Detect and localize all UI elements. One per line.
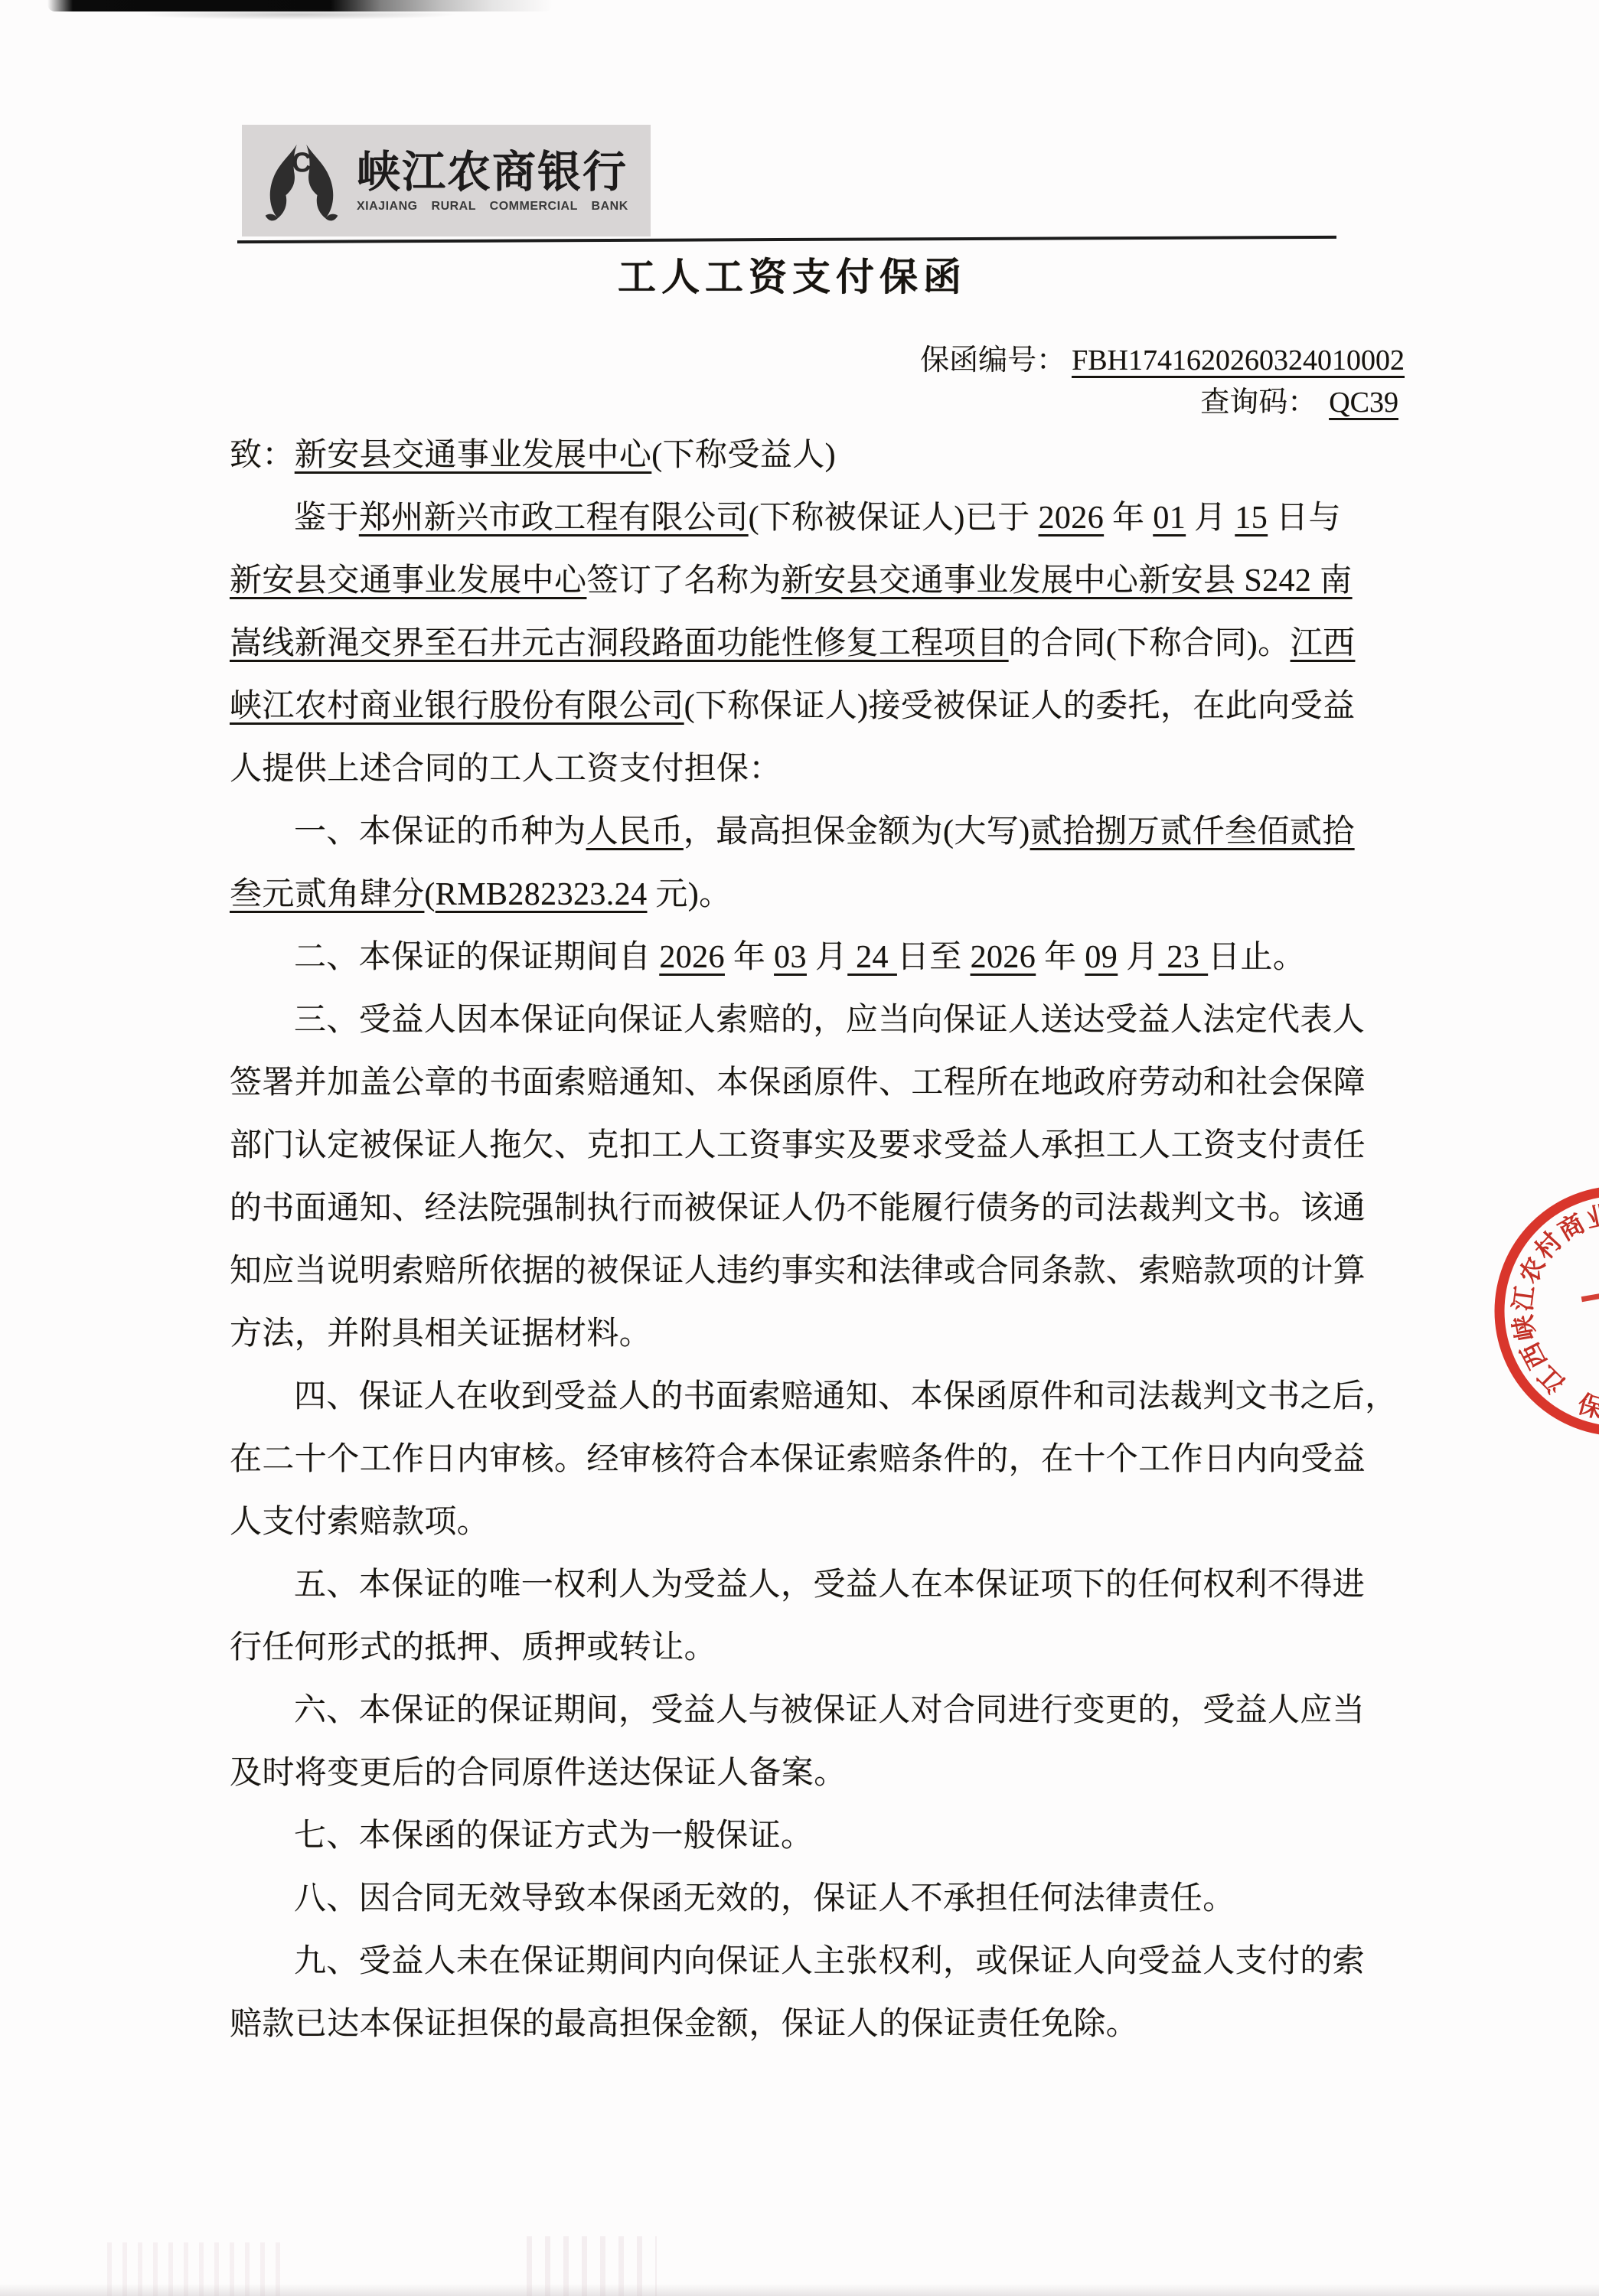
body-line: 人提供上述合同的工人工资支付担保： bbox=[230, 738, 1385, 801]
body-line: 一、本保证的币种为人民币，最高担保金额为(大写)贰拾捌万贰仟叁佰贰拾 bbox=[230, 801, 1385, 863]
body-text: 月 bbox=[1186, 501, 1235, 536]
scan-artifact-top-shadow bbox=[138, 9, 459, 20]
body-line: 鉴于郑州新兴市政工程有限公司(下称被保证人)已于 2026 年 01 月 15 … bbox=[230, 487, 1385, 550]
body-line: 在二十个工作日内审核。经审核符合本保证索赔条件的，在十个工作日内向受益 bbox=[230, 1428, 1385, 1491]
body-line: 赔款已达本保证担保的最高担保金额，保证人的保证责任免除。 bbox=[230, 1993, 1385, 2056]
body-line: 七、本保函的保证方式为一般保证。 bbox=[230, 1805, 1385, 1867]
body-line: 致：新安县交通事业发展中心(下称受益人) bbox=[230, 424, 1385, 487]
header-rule bbox=[237, 236, 1336, 243]
body-text: 知应当说明索赔所依据的被保证人违约事实和法律或合同条款、索赔款项的计算 bbox=[230, 1254, 1366, 1289]
guarantee-no-label: 保函编号： bbox=[920, 344, 1065, 377]
body-text: 八、因合同无效导致本保函无效的，保证人不承担任何法律责任。 bbox=[294, 1881, 1235, 1916]
body-text: 月 bbox=[807, 940, 847, 975]
body-text: (下称受益人) bbox=[651, 438, 836, 473]
doc-title: 工人工资支付保函 bbox=[214, 246, 1370, 302]
body: 致：新安县交通事业发展中心(下称受益人)鉴于郑州新兴市政工程有限公司(下称被保证… bbox=[230, 424, 1385, 2056]
seal-star-fragment bbox=[1581, 1293, 1599, 1302]
filled-blank: 09 bbox=[1085, 940, 1118, 975]
scan-artifact-bottom-fade bbox=[0, 2284, 1599, 2296]
filled-blank: 24 bbox=[847, 940, 897, 975]
filled-blank: RMB282323.24 bbox=[436, 877, 648, 912]
seal-arc-char: 峡 bbox=[1509, 1313, 1541, 1342]
guarantee-no-value: FBH1741620260324010002 bbox=[1065, 344, 1411, 377]
body-text: 鉴于 bbox=[294, 501, 359, 536]
body-line: 新安县交通事业发展中心签订了名称为新安县交通事业发展中心新安县 S242 南 bbox=[230, 550, 1385, 612]
filled-blank: 23 bbox=[1159, 940, 1209, 975]
bank-logo-box: C 峡江农商银行 XIAJIANG RURAL COMMERCIAL BANK bbox=[242, 125, 651, 236]
emblem-letter-c: C bbox=[292, 148, 312, 178]
body-line: 行任何形式的抵押、质押或转让。 bbox=[230, 1616, 1385, 1679]
body-text: 赔款已达本保证担保的最高担保金额，保证人的保证责任免除。 bbox=[230, 2007, 1138, 2042]
filled-blank: 江西 bbox=[1291, 626, 1356, 661]
body-text: 签订了名称为 bbox=[586, 563, 781, 598]
filled-blank: 01 bbox=[1153, 501, 1186, 536]
query-code-label: 查询码： bbox=[1200, 386, 1317, 419]
body-text: 人支付索赔款项。 bbox=[230, 1505, 489, 1540]
bank-name-cn: 峡江农商银行 bbox=[357, 148, 628, 196]
body-line: 五、本保证的唯一权利人为受益人，受益人在本保证项下的任何权利不得进 bbox=[230, 1554, 1385, 1616]
reference-block: 保函编号：FBH1741620260324010002 查询码：QC39 bbox=[920, 340, 1411, 424]
body-line: 峡江农村商业银行股份有限公司(下称保证人)接受被保证人的委托，在此向受益 bbox=[230, 675, 1385, 738]
filled-blank: 2026 bbox=[971, 940, 1036, 975]
body-text: 二、本保证的保证期间自 bbox=[294, 940, 659, 975]
official-seal: 江西峡江农村商业 保 bbox=[1485, 1179, 1599, 1439]
body-text: 行任何形式的抵押、质押或转让。 bbox=[230, 1630, 716, 1665]
body-line: 知应当说明索赔所依据的被保证人违约事实和法律或合同条款、索赔款项的计算 bbox=[230, 1240, 1385, 1303]
body-line: 八、因合同无效导致本保函无效的，保证人不承担任何法律责任。 bbox=[230, 1867, 1385, 1930]
seal-arc-char: 江 bbox=[1509, 1284, 1540, 1313]
body-line: 叁元贰角肆分(RMB282323.24 元)。 bbox=[230, 863, 1385, 926]
body-line: 三、受益人因本保证向保证人索赔的，应当向保证人送达受益人法定代表人 bbox=[230, 989, 1385, 1052]
body-line: 二、本保证的保证期间自 2026 年 03 月 24 日至 2026 年 09 … bbox=[230, 926, 1385, 989]
filled-blank: 2026 bbox=[659, 940, 725, 975]
filled-blank: 新安县交通事业发展中心 bbox=[230, 563, 586, 598]
body-text: (下称被保证人)已于 bbox=[749, 501, 1039, 536]
body-text: 年 bbox=[1036, 940, 1085, 975]
body-text: 月 bbox=[1118, 940, 1158, 975]
body-text: 签署并加盖公章的书面索赔通知、本保函原件、工程所在地政府劳动和社会保障 bbox=[230, 1065, 1366, 1101]
body-line: 及时将变更后的合同原件送达保证人备案。 bbox=[230, 1742, 1385, 1805]
body-line: 人支付索赔款项。 bbox=[230, 1491, 1385, 1554]
filled-blank: 峡江农村商业银行股份有限公司 bbox=[230, 689, 684, 724]
body-text: 人提供上述合同的工人工资支付担保： bbox=[230, 752, 782, 787]
body-text: 年 bbox=[1104, 501, 1153, 536]
body-line: 四、保证人在收到受益人的书面索赔通知、本保函原件和司法裁判文书之后， bbox=[230, 1365, 1385, 1428]
body-text: 六、本保证的保证期间，受益人与被保证人对合同进行变更的，受益人应当 bbox=[294, 1693, 1365, 1728]
body-text: 五、本保证的唯一权利人为受益人，受益人在本保证项下的任何权利不得进 bbox=[294, 1567, 1365, 1603]
body-text: 的书面通知、经法院强制执行而被保证人仍不能履行债务的司法裁判文书。该通 bbox=[230, 1191, 1366, 1226]
body-text: (下称保证人)接受被保证人的委托，在此向受益 bbox=[684, 689, 1356, 724]
filled-blank: 03 bbox=[774, 940, 807, 975]
body-text: 日至 bbox=[897, 940, 971, 975]
body-text: 致： bbox=[230, 438, 295, 473]
guarantee-no-line: 保函编号：FBH1741620260324010002 bbox=[920, 340, 1411, 382]
body-text: 日与 bbox=[1268, 501, 1341, 536]
query-code-value: QC39 bbox=[1317, 386, 1411, 419]
body-line: 部门认定被保证人拖欠、克扣工人工资事实及要求受益人承担工人工资支付责任 bbox=[230, 1114, 1385, 1177]
body-text: 部门认定被保证人拖欠、克扣工人工资事实及要求受益人承担工人工资支付责任 bbox=[230, 1128, 1366, 1163]
body-text: 七、本保函的保证方式为一般保证。 bbox=[294, 1818, 813, 1854]
filled-blank: 2026 bbox=[1039, 501, 1105, 536]
body-text: ( bbox=[424, 877, 435, 912]
body-text: 方法，并附具相关证据材料。 bbox=[230, 1316, 651, 1352]
body-text: 九、受益人未在保证期间内向保证人主张权利，或保证人向受益人支付的索 bbox=[294, 1944, 1365, 1979]
body-text: ，最高担保金额为(大写) bbox=[684, 814, 1030, 850]
query-code-line: 查询码：QC39 bbox=[920, 382, 1411, 424]
filled-blank: 15 bbox=[1235, 501, 1268, 536]
body-text: 一、本保证的币种为 bbox=[294, 814, 586, 850]
body-text: 的合同(下称合同)。 bbox=[1009, 626, 1291, 661]
body-text: 元)。 bbox=[647, 877, 731, 912]
filled-blank: 郑州新兴市政工程有限公司 bbox=[359, 501, 749, 536]
bank-emblem-icon: C bbox=[257, 136, 346, 228]
filled-blank: 嵩线新渑交界至石井元古洞段路面功能性修复工程项目 bbox=[230, 626, 1009, 661]
body-text: 四、保证人在收到受益人的书面索赔通知、本保函原件和司法裁判文书之后， bbox=[294, 1379, 1398, 1414]
body-line: 的书面通知、经法院强制执行而被保证人仍不能履行债务的司法裁判文书。该通 bbox=[230, 1177, 1385, 1240]
body-text: 年 bbox=[725, 940, 774, 975]
scanned-guarantee-document: C 峡江农商银行 XIAJIANG RURAL COMMERCIAL BANK … bbox=[0, 0, 1599, 2296]
body-line: 方法，并附具相关证据材料。 bbox=[230, 1303, 1385, 1365]
filled-blank: 人民币 bbox=[586, 814, 684, 850]
body-line: 六、本保证的保证期间，受益人与被保证人对合同进行变更的，受益人应当 bbox=[230, 1679, 1385, 1742]
body-line: 签署并加盖公章的书面索赔通知、本保函原件、工程所在地政府劳动和社会保障 bbox=[230, 1052, 1385, 1114]
body-text: 日止。 bbox=[1208, 940, 1305, 975]
body-text: 及时将变更后的合同原件送达保证人备案。 bbox=[230, 1756, 847, 1791]
body-line: 九、受益人未在保证期间内向保证人主张权利，或保证人向受益人支付的索 bbox=[230, 1930, 1385, 1993]
filled-blank: 新安县交通事业发展中心新安县 S242 南 bbox=[782, 563, 1353, 598]
filled-blank: 叁元贰角肆分 bbox=[230, 877, 424, 912]
body-text: 在二十个工作日内审核。经审核符合本保证索赔条件的，在十个工作日内向受益 bbox=[230, 1442, 1366, 1477]
filled-blank: 贰拾捌万贰仟叁佰贰拾 bbox=[1030, 814, 1355, 850]
body-text: 三、受益人因本保证向保证人索赔的，应当向保证人送达受益人法定代表人 bbox=[294, 1003, 1365, 1038]
bank-name-en: XIAJIANG RURAL COMMERCIAL BANK bbox=[357, 200, 628, 214]
body-line: 嵩线新渑交界至石井元古洞段路面功能性修复工程项目的合同(下称合同)。江西 bbox=[230, 612, 1385, 675]
filled-blank: 新安县交通事业发展中心 bbox=[295, 438, 651, 473]
